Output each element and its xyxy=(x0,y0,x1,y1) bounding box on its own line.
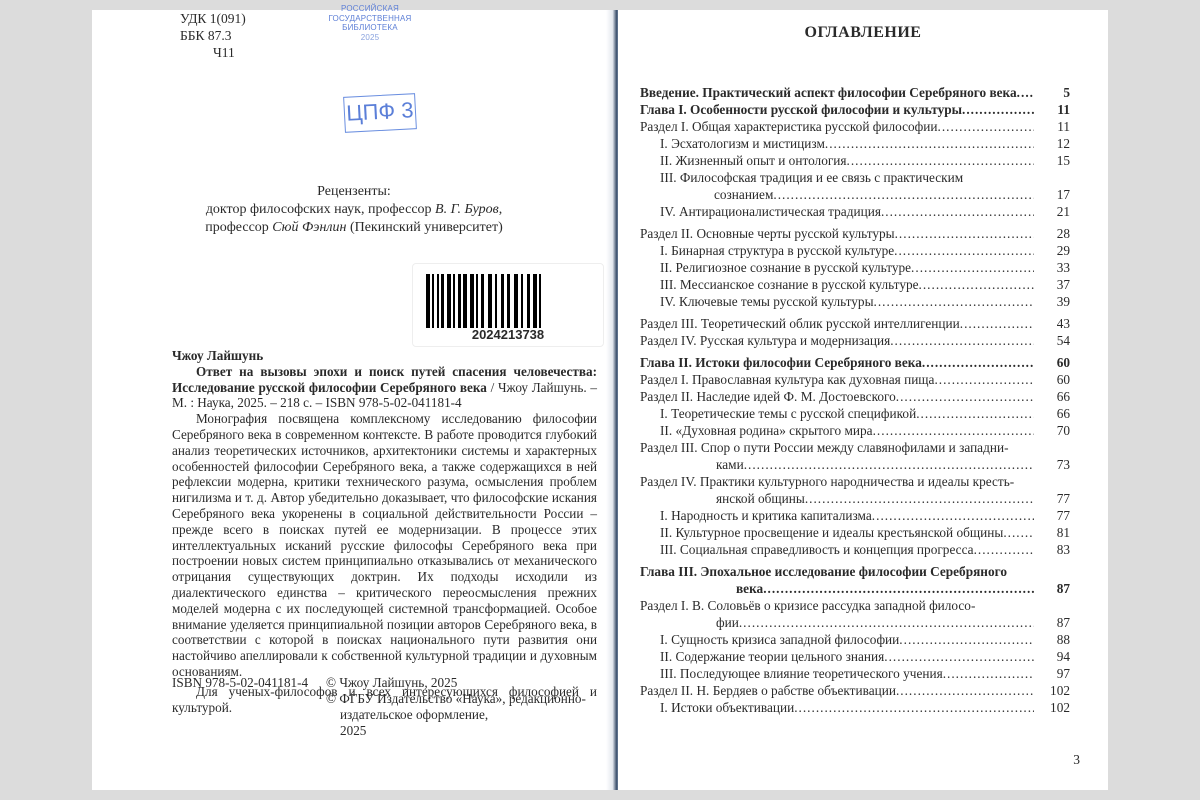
dot-leader xyxy=(763,580,1034,597)
toc-entry-title: Введение. Практический аспект философии … xyxy=(640,84,1017,101)
toc-entry-page: 15 xyxy=(1034,152,1070,169)
toc-entry: I. Сущность кризиса западной философии88 xyxy=(640,631,1070,648)
dot-leader xyxy=(805,490,1034,507)
toc-entry: Раздел I. Православная культура как духо… xyxy=(640,371,1070,388)
toc-entry: III. Последующее влияние теоретического … xyxy=(640,665,1070,682)
dot-leader xyxy=(847,152,1034,169)
toc-entry: II. Культурное просвещение и идеалы крес… xyxy=(640,524,1070,541)
toc-entry-title: II. Религиозное сознание в русской культ… xyxy=(660,259,911,276)
dot-leader xyxy=(938,118,1034,135)
toc-entry: Глава II. Истоки философии Серебряного в… xyxy=(640,354,1070,371)
dot-leader xyxy=(874,293,1034,310)
dot-leader xyxy=(873,422,1034,439)
toc-entry-title: Раздел I. В. Соловьёв о кризисе рассудка… xyxy=(640,597,1034,614)
toc-entry-title: II. «Духовная родина» скрытого мира xyxy=(660,422,873,439)
reviewer-1: доктор философских наук, профессор В. Г.… xyxy=(92,201,616,219)
toc-entry-page: 77 xyxy=(1034,490,1070,507)
dot-leader xyxy=(884,648,1034,665)
toc-entry-title: II. Жизненный опыт и онтология xyxy=(660,152,847,169)
toc-entry-title: Глава III. Эпохальное исследование филос… xyxy=(640,563,1034,580)
toc-entry-title-cont: янской общины xyxy=(716,490,805,507)
toc-entry-title: I. Эсхатологизм и мистицизм xyxy=(660,135,825,152)
copyright-year: 2025 xyxy=(326,723,586,739)
dot-leader xyxy=(962,101,1034,118)
toc-entry-title-cont: века xyxy=(736,580,763,597)
table-of-contents: Введение. Практический аспект философии … xyxy=(640,84,1070,716)
toc-entry-page: 87 xyxy=(1034,580,1070,597)
toc-entry: Раздел II. Основные черты русской культу… xyxy=(640,225,1070,242)
toc-entry-title: Глава II. Истоки философии Серебряного в… xyxy=(640,354,922,371)
toc-entry-title: III. Социальная справедливость и концепц… xyxy=(660,541,974,558)
toc-entry-title: Раздел III. Теоретический облик русской … xyxy=(640,315,960,332)
dot-leader xyxy=(1003,524,1034,541)
library-stamp-line: РОССИЙСКАЯ xyxy=(320,4,420,14)
toc-entry: Глава III. Эпохальное исследование филос… xyxy=(640,563,1070,597)
toc-entry-title: III. Последующее влияние теоретического … xyxy=(660,665,943,682)
barcode-sticker: 2024213738 xyxy=(412,263,604,347)
toc-entry: II. Религиозное сознание в русской культ… xyxy=(640,259,1070,276)
toc-entry-page: 12 xyxy=(1034,135,1070,152)
toc-entry-page: 83 xyxy=(1034,541,1070,558)
record-abstract: Монография посвящена комплексному исслед… xyxy=(172,411,597,680)
toc-entry-page: 29 xyxy=(1034,242,1070,259)
copyright-block: © Чжоу Лайшунь, 2025 © ФГБУ Издательство… xyxy=(326,675,586,739)
barcode-icon xyxy=(426,274,544,328)
library-stamp-year: 2025 xyxy=(320,33,420,43)
dot-leader xyxy=(1017,84,1034,101)
toc-entry-title: Раздел I. Общая характеристика русской ф… xyxy=(640,118,938,135)
toc-entry: I. Эсхатологизм и мистицизм12 xyxy=(640,135,1070,152)
toc-entry: II. Жизненный опыт и онтология15 xyxy=(640,152,1070,169)
toc-entry-title: I. Народность и критика капитализма xyxy=(660,507,872,524)
toc-entry-page: 5 xyxy=(1034,84,1070,101)
bibliographic-record: Чжоу Лайшунь Ответ на вызовы эпохи и пои… xyxy=(172,348,597,715)
dot-leader xyxy=(916,405,1034,422)
dot-leader xyxy=(934,371,1034,388)
toc-entry-title: Раздел IV. Русская культура и модернизац… xyxy=(640,332,890,349)
toc-entry-title: I. Истоки объективации xyxy=(660,699,794,716)
toc-entry-title: II. Культурное просвещение и идеалы крес… xyxy=(660,524,1003,541)
reviewers-heading: Рецензенты: xyxy=(92,183,616,201)
dot-leader xyxy=(899,631,1034,648)
toc-entry-title: I. Сущность кризиса западной философии xyxy=(660,631,899,648)
copyright-publisher: © ФГБУ Издательство «Наука», редакционно… xyxy=(326,691,586,707)
toc-entry: Раздел II. Н. Бердяев о рабстве объектив… xyxy=(640,682,1070,699)
udk-code: УДК 1(091) xyxy=(180,10,246,27)
toc-entry-title: Раздел III. Спор о пути России между сла… xyxy=(640,439,1034,456)
left-page: УДК 1(091) ББК 87.3 Ч11 РОССИЙСКАЯ ГОСУД… xyxy=(92,10,616,790)
dot-leader xyxy=(896,682,1034,699)
book-spread: УДК 1(091) ББК 87.3 Ч11 РОССИЙСКАЯ ГОСУД… xyxy=(92,10,1108,790)
isbn: ISBN 978-5-02-041181-4 xyxy=(172,675,308,691)
toc-entry: IV. Ключевые темы русской культуры39 xyxy=(640,293,1070,310)
reviewer-1-suffix: , xyxy=(499,202,503,217)
toc-entry: Раздел I. В. Соловьёв о кризисе рассудка… xyxy=(640,597,1070,631)
toc-entry-page: 77 xyxy=(1034,507,1070,524)
toc-entry-title: Раздел II. Основные черты русской культу… xyxy=(640,225,895,242)
toc-heading: ОГЛАВЛЕНИЕ xyxy=(618,24,1108,42)
barcode-number: 2024213738 xyxy=(413,327,603,342)
toc-entry-page: 66 xyxy=(1034,388,1070,405)
classification-block: УДК 1(091) ББК 87.3 Ч11 xyxy=(180,10,246,61)
toc-entry-title: III. Мессианское сознание в русской куль… xyxy=(660,276,919,293)
dot-leader xyxy=(895,225,1034,242)
toc-entry-page: 39 xyxy=(1034,293,1070,310)
toc-entry: I. Бинарная структура в русской культуре… xyxy=(640,242,1070,259)
toc-entry-page: 87 xyxy=(1034,614,1070,631)
toc-entry: I. Народность и критика капитализма77 xyxy=(640,507,1070,524)
toc-entry-title: I. Бинарная структура в русской культуре xyxy=(660,242,894,259)
library-stamp-line: ГОСУДАРСТВЕННАЯ xyxy=(320,14,420,24)
reviewer-1-name: В. Г. Буров xyxy=(435,202,499,217)
copyright-publisher-cont: издательское оформление, xyxy=(326,707,586,723)
toc-entry-page: 21 xyxy=(1034,203,1070,220)
dot-leader xyxy=(919,276,1034,293)
library-stamp: РОССИЙСКАЯ ГОСУДАРСТВЕННАЯ БИБЛИОТЕКА 20… xyxy=(320,4,420,42)
dot-leader xyxy=(922,354,1034,371)
toc-entry-title: III. Философская традиция и ее связь с п… xyxy=(660,169,1034,186)
dot-leader xyxy=(890,332,1034,349)
toc-entry: III. Философская традиция и ее связь с п… xyxy=(640,169,1070,203)
dot-leader xyxy=(881,203,1034,220)
dot-leader xyxy=(943,665,1034,682)
toc-entry: Глава I. Особенности русской философии и… xyxy=(640,101,1070,118)
toc-entry-page: 81 xyxy=(1034,524,1070,541)
toc-entry-page: 66 xyxy=(1034,405,1070,422)
toc-entry-title-cont: сознанием xyxy=(714,186,773,203)
toc-entry: Раздел III. Спор о пути России между сла… xyxy=(640,439,1070,473)
toc-entry-page: 11 xyxy=(1034,118,1070,135)
toc-entry-page: 102 xyxy=(1034,682,1070,699)
dot-leader xyxy=(974,541,1034,558)
toc-entry-title: IV. Антирационалистическая традиция xyxy=(660,203,881,220)
toc-entry-title: II. Содержание теории цельного знания xyxy=(660,648,884,665)
toc-entry: III. Социальная справедливость и концепц… xyxy=(640,541,1070,558)
toc-entry-page: 97 xyxy=(1034,665,1070,682)
dot-leader xyxy=(773,186,1034,203)
toc-entry: II. Содержание теории цельного знания94 xyxy=(640,648,1070,665)
dot-leader xyxy=(739,614,1034,631)
toc-entry: Введение. Практический аспект философии … xyxy=(640,84,1070,101)
toc-entry-page: 60 xyxy=(1034,371,1070,388)
toc-entry-page: 60 xyxy=(1034,354,1070,371)
library-stamp-line: БИБЛИОТЕКА xyxy=(320,23,420,33)
toc-entry: III. Мессианское сознание в русской куль… xyxy=(640,276,1070,293)
record-author: Чжоу Лайшунь xyxy=(172,348,597,364)
reviewer-2-name: Сюй Фэнлин xyxy=(272,220,346,235)
toc-entry-page: 70 xyxy=(1034,422,1070,439)
dot-leader xyxy=(744,456,1034,473)
reviewer-2-affiliation: (Пекинский университет) xyxy=(346,220,502,235)
toc-entry-title: Глава I. Особенности русской философии и… xyxy=(640,101,962,118)
toc-entry-title: I. Теоретические темы с русской специфик… xyxy=(660,405,916,422)
bbk-code: ББК 87.3 xyxy=(180,27,246,44)
toc-entry: Раздел IV. Русская культура и модернизац… xyxy=(640,332,1070,349)
toc-entry-title: Раздел IV. Практики культурного народнич… xyxy=(640,473,1034,490)
reviewer-2-title: профессор xyxy=(205,220,272,235)
reviewers-block: Рецензенты: доктор философских наук, про… xyxy=(92,183,616,237)
toc-entry-page: 37 xyxy=(1034,276,1070,293)
dot-leader xyxy=(872,507,1034,524)
toc-entry-page: 54 xyxy=(1034,332,1070,349)
toc-entry-page: 94 xyxy=(1034,648,1070,665)
toc-entry-page: 11 xyxy=(1034,101,1070,118)
toc-entry-page: 28 xyxy=(1034,225,1070,242)
record-title: Ответ на вызовы эпохи и поиск путей спас… xyxy=(172,364,597,411)
toc-entry-page: 88 xyxy=(1034,631,1070,648)
toc-entry-page: 33 xyxy=(1034,259,1070,276)
toc-entry: Раздел III. Теоретический облик русской … xyxy=(640,315,1070,332)
toc-entry-title: Раздел II. Наследие идей Ф. М. Достоевск… xyxy=(640,388,896,405)
dot-leader xyxy=(896,388,1034,405)
dot-leader xyxy=(794,699,1034,716)
toc-entry: I. Теоретические темы с русской специфик… xyxy=(640,405,1070,422)
toc-entry-title: Раздел I. Православная культура как духо… xyxy=(640,371,934,388)
toc-entry: Раздел II. Наследие идей Ф. М. Достоевск… xyxy=(640,388,1070,405)
reviewer-1-title: доктор философских наук, профессор xyxy=(206,202,435,217)
toc-entry-page: 102 xyxy=(1034,699,1070,716)
dot-leader xyxy=(911,259,1034,276)
dot-leader xyxy=(825,135,1034,152)
toc-entry-page: 73 xyxy=(1034,456,1070,473)
toc-entry-title: Раздел II. Н. Бердяев о рабстве объектив… xyxy=(640,682,896,699)
toc-entry-title-cont: фии xyxy=(716,614,739,631)
right-page: ОГЛАВЛЕНИЕ Введение. Практический аспект… xyxy=(618,10,1108,790)
page-number: 3 xyxy=(1073,752,1080,768)
toc-entry: IV. Антирационалистическая традиция21 xyxy=(640,203,1070,220)
dot-leader xyxy=(960,315,1034,332)
dot-leader xyxy=(894,242,1034,259)
toc-entry: II. «Духовная родина» скрытого мира70 xyxy=(640,422,1070,439)
cpf-stamp: ЦПФ 3 xyxy=(343,93,417,133)
toc-entry: Раздел IV. Практики культурного народнич… xyxy=(640,473,1070,507)
toc-entry: Раздел I. Общая характеристика русской ф… xyxy=(640,118,1070,135)
toc-entry: I. Истоки объективации102 xyxy=(640,699,1070,716)
copyright-author: © Чжоу Лайшунь, 2025 xyxy=(326,675,586,691)
author-mark: Ч11 xyxy=(180,44,246,61)
toc-entry-page: 17 xyxy=(1034,186,1070,203)
toc-entry-title: IV. Ключевые темы русской культуры xyxy=(660,293,874,310)
toc-entry-page: 43 xyxy=(1034,315,1070,332)
reviewer-2: профессор Сюй Фэнлин (Пекинский универси… xyxy=(92,219,616,237)
toc-entry-title-cont: ками xyxy=(716,456,744,473)
